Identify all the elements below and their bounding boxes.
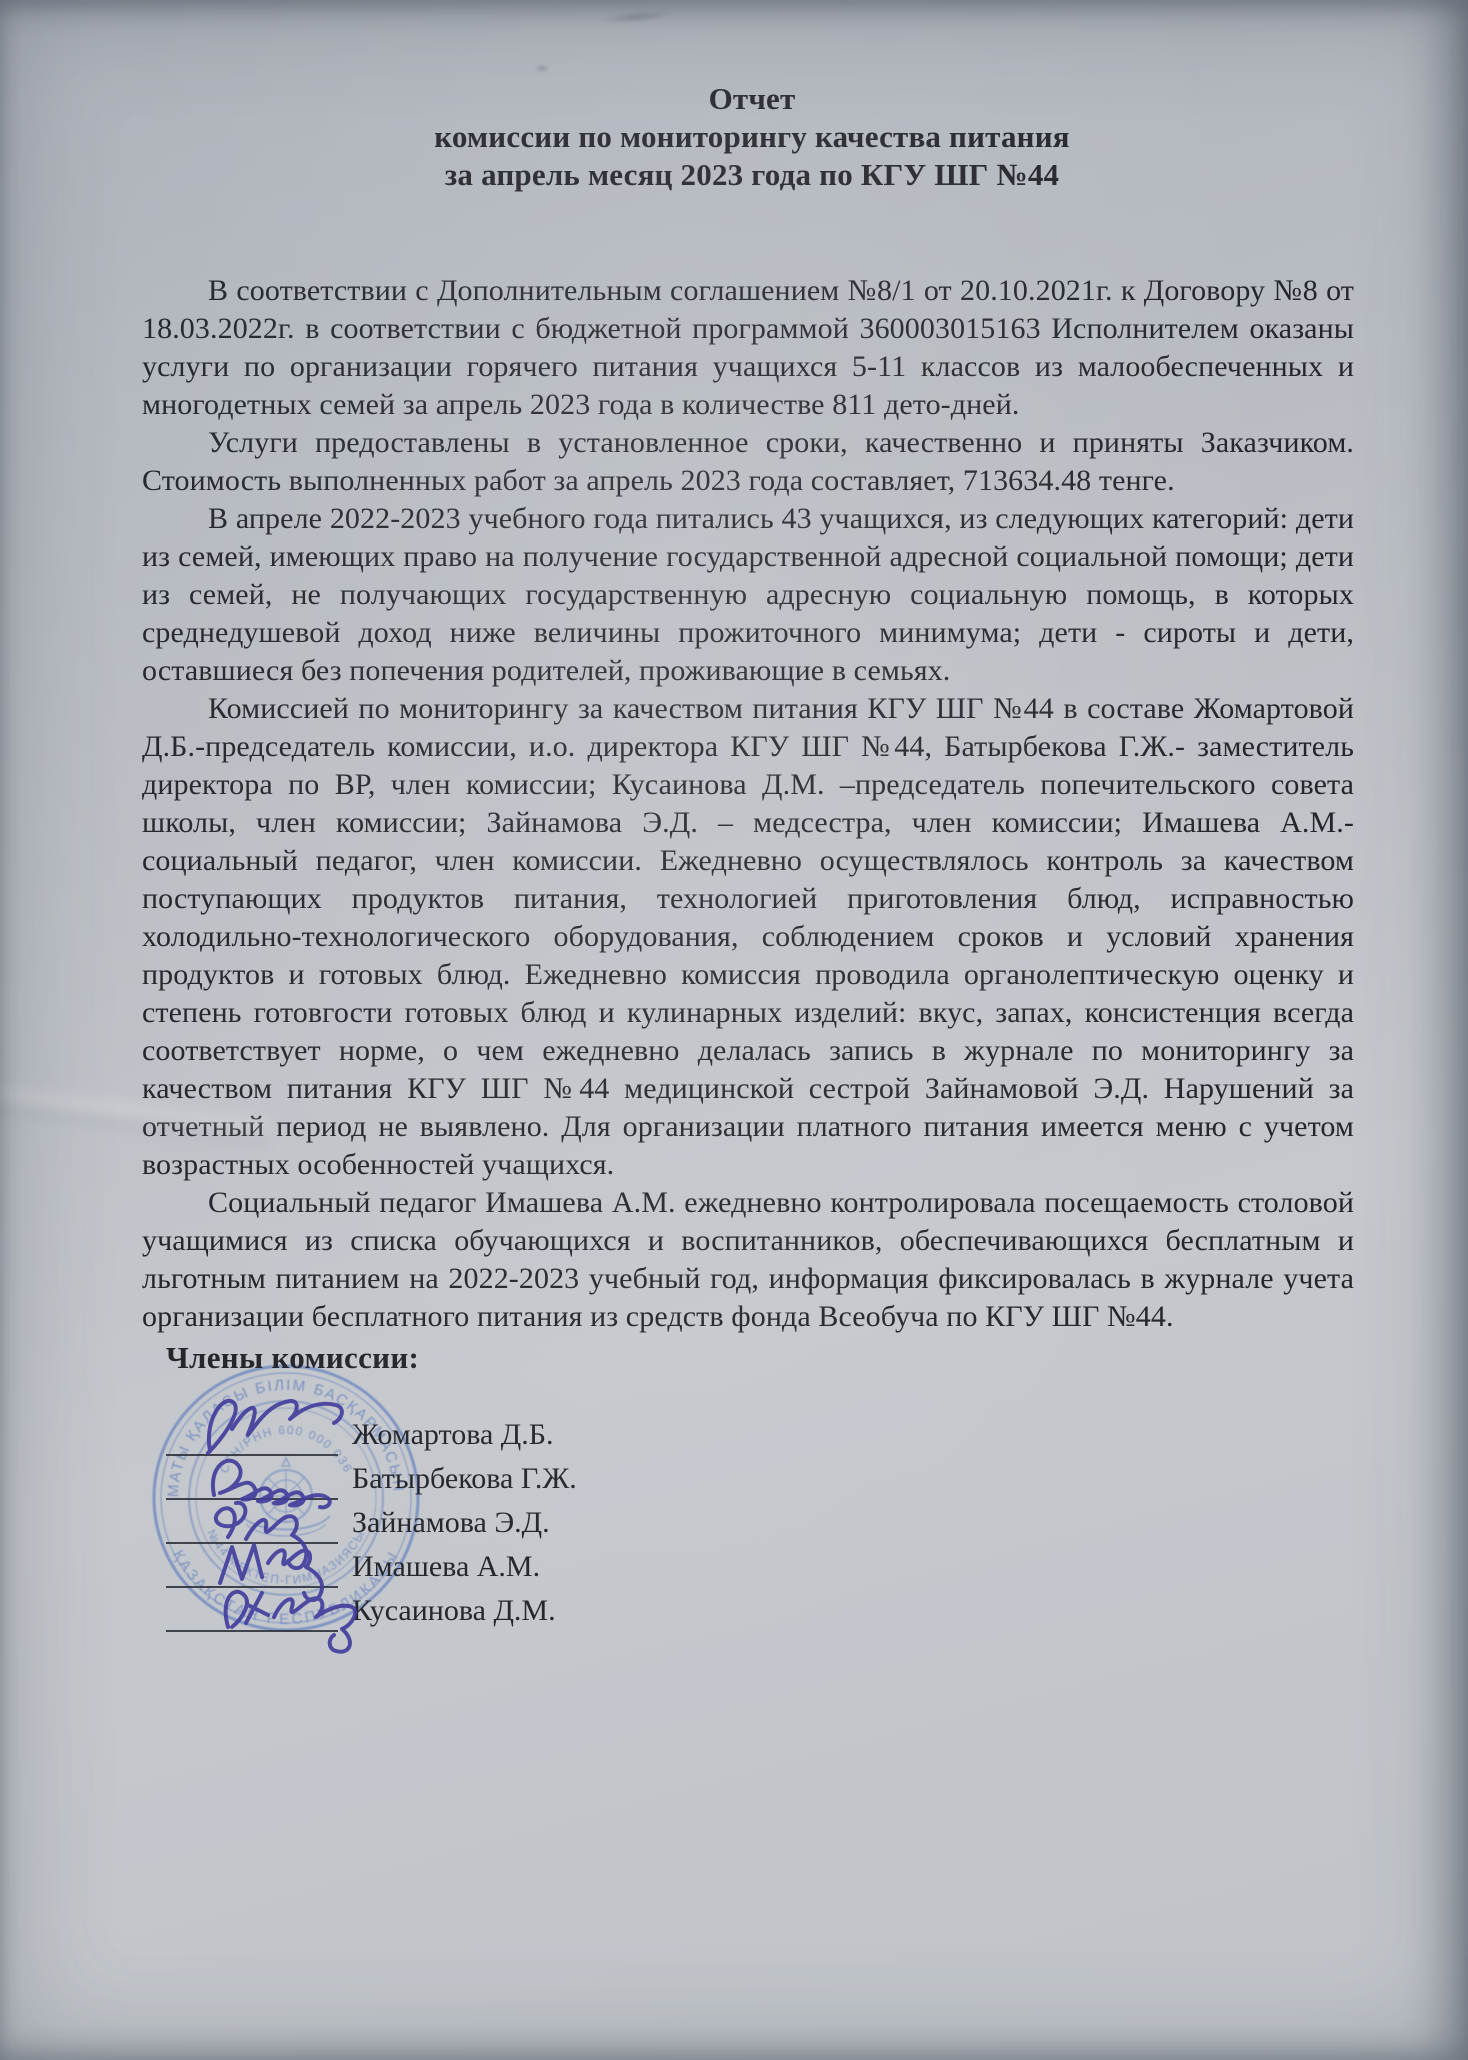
paragraph-categories: В апреле 2022-2023 учебного года питалис… (142, 500, 1354, 690)
report-title-line-3: за апрель месяц 2023 года по КГУ ШГ №44 (146, 156, 1358, 194)
paragraph-agreement: В соответствии с Дополнительным соглашен… (142, 272, 1354, 424)
signature-ink-kusainova (226, 1592, 356, 1652)
report-title: Отчет комиссии по мониторингу качества п… (146, 80, 1358, 194)
report-title-line-1: Отчет (146, 80, 1358, 118)
report-body: В соответствии с Дополнительным соглашен… (142, 272, 1354, 1336)
scanned-report-page: Отчет комиссии по мониторингу качества п… (0, 0, 1468, 2060)
paragraph-services-cost: Услуги предоставлены в установленное сро… (142, 424, 1354, 500)
pencil-smudge (598, 9, 677, 26)
paragraph-social-teacher: Социальный педагог Имашева А.М. ежедневн… (142, 1184, 1354, 1336)
paragraph-commission-work: Комиссией по мониторингу за качеством пи… (142, 690, 1354, 1184)
report-title-line-2: комиссии по мониторингу качества питания (146, 118, 1358, 156)
signature-ink-zhomartova (208, 1401, 342, 1453)
signature-ink-batyrbekova (213, 1461, 330, 1508)
pencil-smudge (534, 64, 550, 73)
handwritten-signatures (150, 1355, 620, 1665)
